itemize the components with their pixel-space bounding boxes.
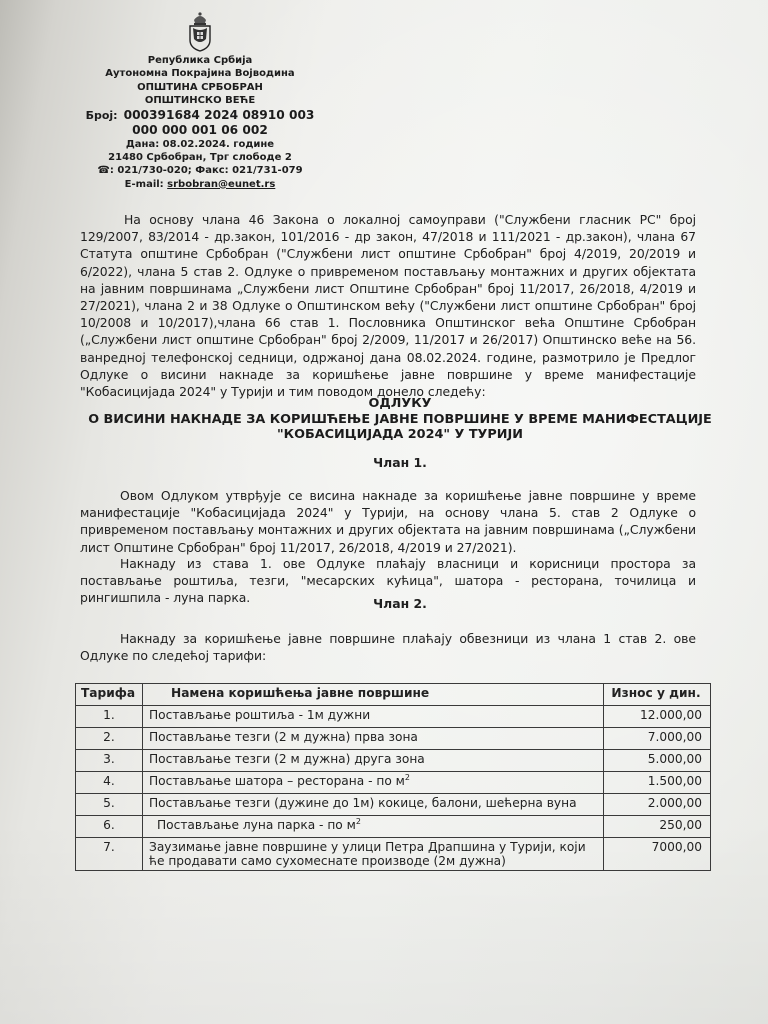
table-row: 7.Заузимање јавне површине у улици Петра… <box>76 838 711 871</box>
superscript: 2 <box>356 817 361 826</box>
tariff-table-body: 1.Постављање роштиља - 1м дужни12.000,00… <box>76 706 711 871</box>
tariff-description: Постављање тезги (2 м дужна) прва зона <box>143 728 604 750</box>
tariff-amount: 250,00 <box>604 816 711 838</box>
decision-title: ОДЛУКУ О ВИСИНИ НАКНАДЕ ЗА КОРИШЋЕЊЕ ЈАВ… <box>70 396 730 443</box>
table-row: 1.Постављање роштиља - 1м дужни12.000,00 <box>76 706 711 728</box>
superscript: 2 <box>405 773 410 782</box>
tariff-number: 1. <box>76 706 143 728</box>
decision-title-line1: ОДЛУКУ <box>70 396 730 412</box>
tariff-description: Постављање тезги (2 м дужна) друга зона <box>143 750 604 772</box>
address: 21480 Србобран, Трг слободе 2 <box>80 151 320 164</box>
tariff-amount: 1.500,00 <box>604 772 711 794</box>
tariff-number: 7. <box>76 838 143 871</box>
tariff-description-text: Постављање тезги (дужине до 1м) кокице, … <box>149 796 577 810</box>
article-2-paragraph-1: Накнаду за коришћење јавне површине плаћ… <box>80 630 696 664</box>
document-number-line1: 000391684 2024 08910 003 <box>124 108 315 122</box>
tariff-description: Постављање тезги (дужине до 1м) кокице, … <box>143 794 604 816</box>
tariff-number: 5. <box>76 794 143 816</box>
tariff-description: Постављање луна парка - по м2 <box>143 816 604 838</box>
tariff-amount: 5.000,00 <box>604 750 711 772</box>
intro-paragraph: На основу члана 46 Закона о локалној сам… <box>80 211 696 400</box>
table-row: 4.Постављање шатора – ресторана - по м21… <box>76 772 711 794</box>
document-date: Дана: 08.02.2024. године <box>80 138 320 151</box>
tariff-description-text: Постављање тезги (2 м дужна) прва зона <box>149 730 418 744</box>
tariff-description-text: Заузимање јавне површине у улици Петра Д… <box>149 840 586 868</box>
tariff-table-header: Тарифа Намена коришћења јавне површине И… <box>76 684 711 706</box>
tariff-amount: 7.000,00 <box>604 728 711 750</box>
tariff-description: Постављање шатора – ресторана - по м2 <box>143 772 604 794</box>
telephone-icon: ☎ <box>97 165 109 176</box>
decision-title-line2: О ВИСИНИ НАКНАДЕ ЗА КОРИШЋЕЊЕ ЈАВНЕ ПОВР… <box>70 412 730 428</box>
tariff-number: 4. <box>76 772 143 794</box>
article-1-heading: Члан 1. <box>70 455 730 470</box>
tariff-description-text: Постављање роштиља - 1м дужни <box>149 708 370 722</box>
tariff-description-text: Постављање тезги (2 м дужна) друга зона <box>149 752 425 766</box>
tariff-amount: 12.000,00 <box>604 706 711 728</box>
table-row: 3.Постављање тезги (2 м дужна) друга зон… <box>76 750 711 772</box>
document-number-label: Број: <box>86 109 118 122</box>
tariff-description-text: Постављање луна парка - по м <box>157 818 356 832</box>
phone-fax-text: : 021/730-020; Факс: 021/731-079 <box>110 165 303 176</box>
tariff-number: 3. <box>76 750 143 772</box>
tariff-description-text: Постављање шатора – ресторана - по м <box>149 774 405 788</box>
document-number-line2: 000 000 001 06 002 <box>80 123 320 138</box>
document-number: Број:000391684 2024 08910 003 <box>80 108 320 123</box>
email-link[interactable]: srbobran@eunet.rs <box>167 179 275 190</box>
email-line: E-mail: srbobran@eunet.rs <box>80 178 320 191</box>
tariff-amount: 2.000,00 <box>604 794 711 816</box>
phone-fax: ☎: 021/730-020; Факс: 021/731-079 <box>80 164 320 177</box>
header-amount: Износ у дин. <box>604 684 711 706</box>
tariff-description: Заузимање јавне површине у улици Петра Д… <box>143 838 604 871</box>
article-1-paragraph-1: Овом Одлуком утврђује се висина накнаде … <box>80 487 696 556</box>
decision-title-line3: "КОБАСИЦИЈАДА 2024" У ТУРИЈИ <box>70 427 730 443</box>
letterhead: Република Србија Аутономна Покрајина Вој… <box>80 10 320 191</box>
serbia-coat-of-arms-icon <box>187 10 213 52</box>
table-row: 5.Постављање тезги (дужине до 1м) кокице… <box>76 794 711 816</box>
header-tariff: Тарифа <box>76 684 143 706</box>
tariff-number: 6. <box>76 816 143 838</box>
letterhead-republic: Република Србија <box>80 54 320 67</box>
table-row: 6.Постављање луна парка - по м2250,00 <box>76 816 711 838</box>
letterhead-council: ОПШТИНСКО ВЕЋЕ <box>80 94 320 107</box>
header-purpose: Намена коришћења јавне површине <box>143 684 604 706</box>
article-2-heading: Члан 2. <box>70 596 730 611</box>
letterhead-municipality: ОПШТИНА СРБОБРАН <box>80 81 320 94</box>
tariff-table: Тарифа Намена коришћења јавне површине И… <box>75 683 711 871</box>
tariff-description: Постављање роштиља - 1м дужни <box>143 706 604 728</box>
letterhead-province: Аутономна Покрајина Војводина <box>80 67 320 80</box>
tariff-number: 2. <box>76 728 143 750</box>
tariff-amount: 7000,00 <box>604 838 711 871</box>
table-row: 2.Постављање тезги (2 м дужна) прва зона… <box>76 728 711 750</box>
email-label: E-mail: <box>125 179 164 190</box>
